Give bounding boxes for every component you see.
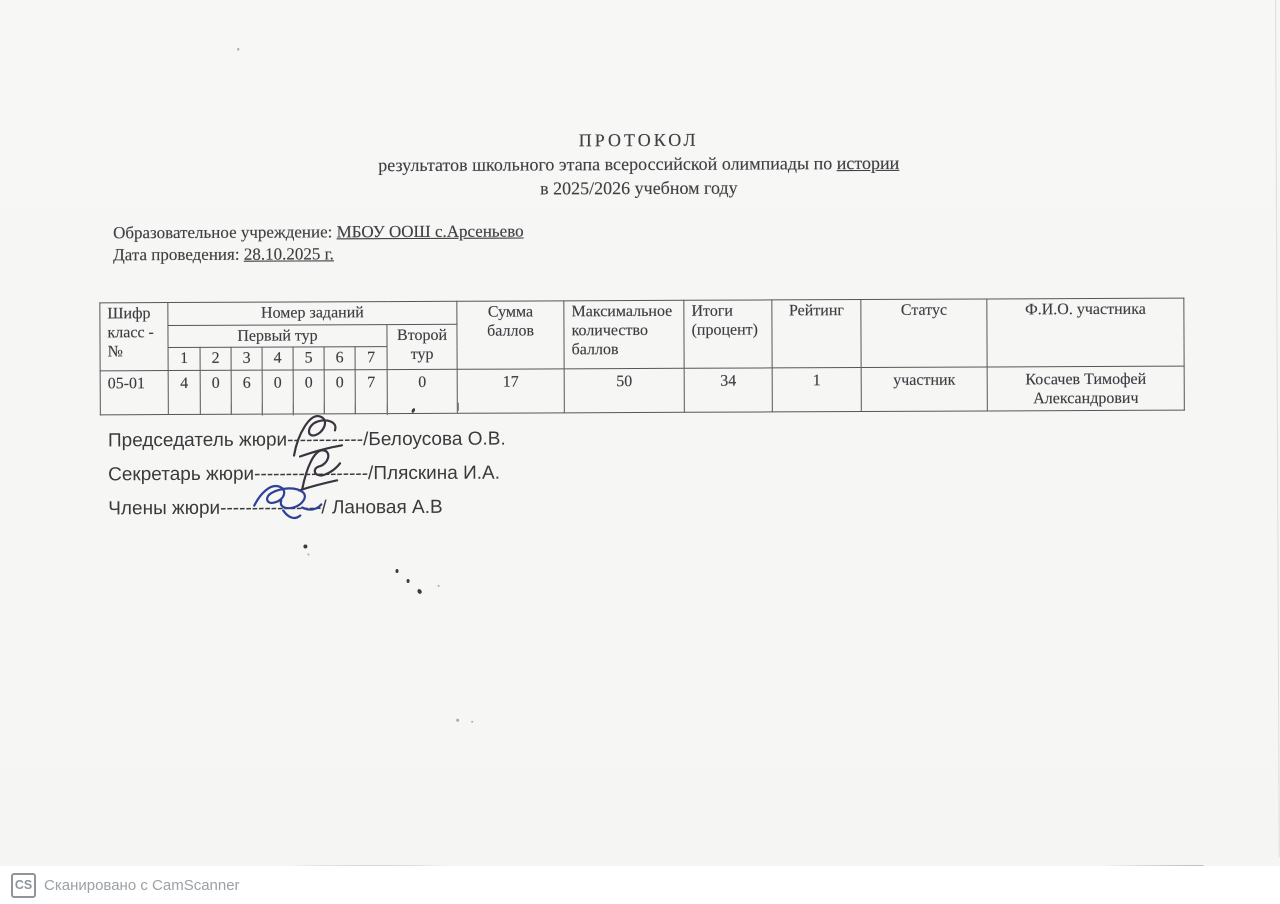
header-sum: Сумма баллов [457,301,564,369]
cell-score: 4 [168,370,200,414]
ink-speck [237,48,239,51]
task-number: 2 [200,347,231,370]
institution-value: МБОУ ООШ с.Арсеньево [337,222,524,242]
cell-score: 7 [355,370,387,414]
scan-line-artifact [355,403,356,413]
cell-score: 0 [324,370,355,414]
header-first-tour: Первый тур [168,325,387,348]
task-number: 7 [355,347,387,370]
scanned-document: ПРОТОКОЛ результатов школьного этапа все… [0,0,1280,904]
camscanner-logo-icon: CS [11,873,36,898]
ink-speck [471,721,473,723]
ink-speck [417,588,423,594]
handwritten-signature-member [248,477,324,523]
document-year-line: в 2025/2026 учебном году [0,173,1279,203]
signatures-block: Председатель жюри------------/Белоусова … [108,422,628,526]
camscanner-footer: CS Сканировано с CamScanner [0,866,1280,904]
cell-max: 50 [564,368,684,413]
ink-speck [456,719,459,722]
cell-score: 6 [231,370,262,414]
header-second-tour: Второй тур [387,324,457,369]
ink-speck [396,569,399,573]
ink-speck [407,579,410,583]
results-table: Шифр класс - № Номер заданий Сумма балло… [99,298,1185,416]
subject-underlined: истории [837,153,900,173]
cell-score: 0 [262,370,293,414]
task-number: 6 [324,347,355,370]
scan-line-artifact [387,403,388,415]
camscanner-watermark-text: Сканировано с CamScanner [44,877,240,894]
header-rating: Рейтинг [772,300,861,368]
ink-speck [307,553,309,555]
cell-rating: 1 [772,368,861,412]
scan-line-artifact [458,403,459,411]
ink-speck [438,585,440,587]
task-number: 4 [262,347,293,370]
header-name: Ф.И.О. участника [987,298,1184,367]
header-results: Итоги (процент) [684,300,772,368]
date-line: Дата проведения: 28.10.2025 г. [113,243,524,267]
meta-block: Образовательное учреждение: МБОУ ООШ с.А… [113,221,524,267]
cell-participant-name: Косачев Тимофей Александрович [987,366,1184,411]
header-cipher: Шифр класс - № [100,303,168,371]
scan-line-artifact [262,404,263,416]
task-number: 1 [168,347,200,370]
task-number: 3 [231,347,262,370]
cell-score: 0 [200,370,231,414]
header-status: Статус [861,299,987,368]
cell-second-tour: 0 [387,369,457,413]
institution-line: Образовательное учреждение: МБОУ ООШ с.А… [113,221,524,245]
signature-line-member: Члены жюри----------------/ Лановая А.В [108,490,628,526]
date-value: 28.10.2025 г. [244,244,334,263]
cell-cipher: 05-01 [100,371,168,415]
cell-status: участник [861,367,987,412]
header-tasks-group: Номер заданий [168,301,457,325]
cell-score: 0 [293,370,324,414]
cell-percent: 34 [684,368,772,412]
document-title-block: ПРОТОКОЛ результатов школьного этапа все… [0,125,1279,203]
ink-speck [303,544,307,548]
signature-line-chairman: Председатель жюри------------/Белоусова … [108,422,628,458]
task-number: 5 [293,347,324,370]
header-max: Максимальное количество баллов [564,300,684,369]
cell-sum: 17 [457,369,564,413]
scan-line-artifact [231,404,232,415]
signature-line-secretary: Секретарь жюри------------------/Пляскин… [108,456,628,492]
